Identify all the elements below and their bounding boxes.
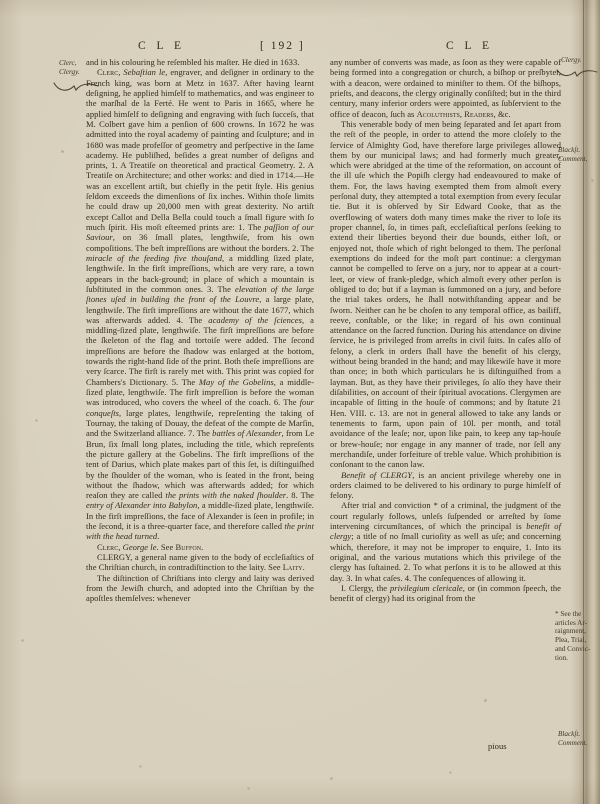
running-head-left: C L E (138, 40, 185, 52)
book-gutter-edge (570, 0, 600, 804)
running-head-right: C L E (446, 40, 493, 52)
left-text-column: and in his colouring he reſembled his ma… (86, 57, 314, 604)
paragraph: This venerable body of men being ſeparat… (330, 119, 561, 470)
margin-note-footnote: * See the articles Ar- raignment, Plea, … (555, 610, 599, 662)
paragraph: Clerc, George le. See Buffon. (86, 542, 314, 552)
paragraph: I. Clergy, the privilegium clericale, or… (330, 583, 561, 604)
scanned-book-page: { "page": { "paper_color": "#d8d0bc", "i… (0, 0, 600, 804)
paragraph: and in his colouring he reſembled his ma… (86, 57, 314, 67)
margin-note-blackstone-1: Blackſt. Comment, (558, 146, 600, 163)
paragraph: The diſtinction of Chriſtians into clerg… (86, 573, 314, 604)
margin-note-blackstone-2: Blackſt. Comment. (558, 730, 600, 747)
paragraph: any number of converts was made, as ſoon… (330, 57, 561, 119)
right-text-column: any number of converts was made, as ſoon… (330, 57, 561, 604)
paragraph: Clerc, Sebaſtian le, engraver, and deſig… (86, 67, 314, 541)
paragraph: CLERGY, a general name given to the body… (86, 552, 314, 573)
running-head: C L E [ 192 ] C L E (0, 40, 600, 56)
catchword: pious (488, 741, 538, 751)
paragraph: Benefit of CLERGY, is an ancient privile… (330, 470, 561, 501)
underbrace-swash-icon (555, 67, 599, 80)
page-number: [ 192 ] (260, 40, 305, 52)
margin-note-clergy: Clergy. (561, 56, 599, 65)
paragraph: After trial and conviction * of a crimin… (330, 500, 561, 583)
paper-specks (0, 0, 1, 1)
